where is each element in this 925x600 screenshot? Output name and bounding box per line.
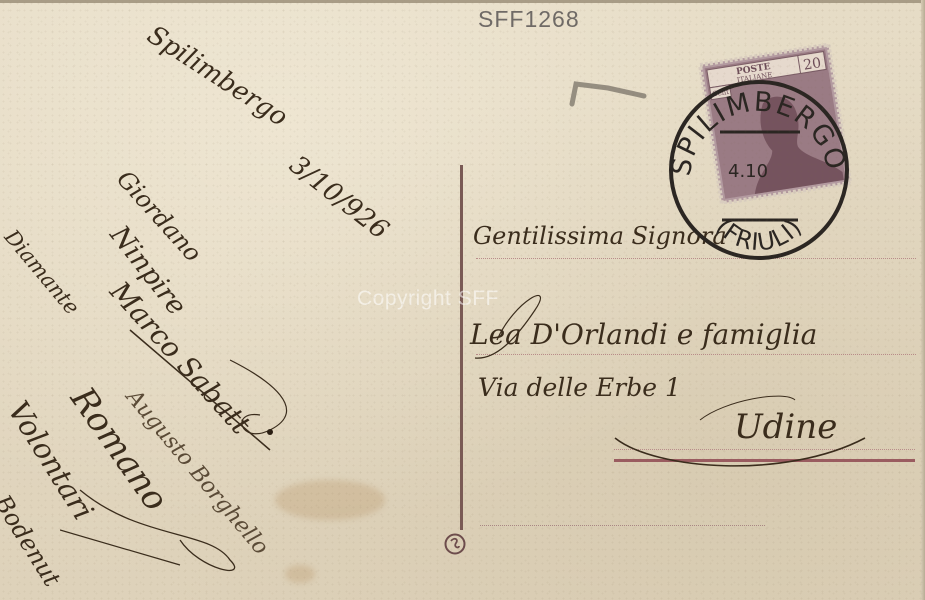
- scan-right-edge: [921, 0, 925, 600]
- copyright-watermark: Copyright SFF: [357, 287, 499, 311]
- scan-top-edge: [0, 0, 925, 3]
- recipient-name: Lea D'Orlandi e famiglia: [470, 318, 817, 351]
- signature-flourish: [60, 470, 300, 580]
- pencil-mark: [568, 80, 648, 110]
- address-line: [476, 354, 916, 355]
- svg-text:4.10: 4.10: [728, 161, 768, 182]
- signature: Bodenut: [0, 490, 66, 592]
- signature: Diamante: [0, 225, 84, 319]
- postmark-cancellation: SPILIMBERGO (FRIULI) 4.10: [662, 70, 852, 265]
- postcard: SFF1268 Spilimbergo 3/10/926 Giordano Ni…: [0, 0, 925, 600]
- date-handwriting: 3/10/926: [284, 150, 394, 246]
- stain: [275, 480, 385, 520]
- publisher-logo-icon: [444, 533, 466, 555]
- place-handwriting: Spilimbergo: [142, 20, 293, 133]
- address-line: [614, 449, 915, 450]
- street-address: Via delle Erbe 1: [478, 373, 681, 402]
- address-underline: [614, 459, 915, 462]
- address-line: [480, 525, 765, 526]
- city: Udine: [734, 407, 837, 447]
- archive-id: SFF1268: [478, 6, 580, 33]
- stain: [285, 565, 315, 583]
- divider-line: [460, 165, 463, 530]
